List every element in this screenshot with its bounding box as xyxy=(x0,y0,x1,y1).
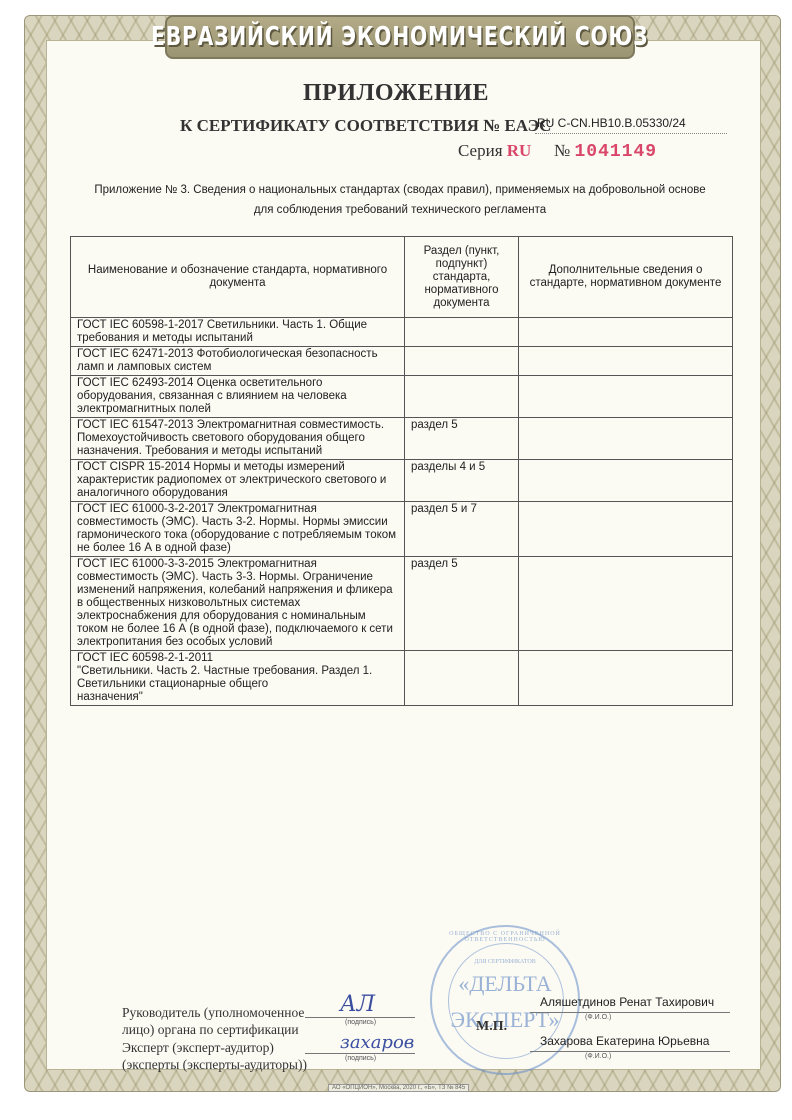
expert-fio-caption: (Ф.И.О.) xyxy=(585,1053,611,1060)
series: Серия RU xyxy=(458,141,531,161)
expert-label-line-2: (эксперты (эксперты-аудиторы)) xyxy=(122,1056,307,1073)
header-standard-name: Наименование и обозначение стандарта, но… xyxy=(71,237,405,318)
table-row: ГОСТ IEC 61000-3-2-2017 Электромагнитная… xyxy=(71,502,733,557)
blank-number-value: 1041149 xyxy=(574,142,657,162)
seal-place-mark: М.П. xyxy=(476,1019,507,1035)
cell-additional-info xyxy=(519,376,733,418)
certificate-number: RU C-CN.НВ10.В.05330/24 xyxy=(537,116,686,130)
cell-standard-name: ГОСТ CISPR 15-2014 Нормы и методы измере… xyxy=(71,460,405,502)
cell-section xyxy=(405,318,519,347)
expert-signature-line xyxy=(305,1053,415,1054)
subtitle-line-1: Приложение № 3. Сведения о национальных … xyxy=(60,180,740,200)
series-value: RU xyxy=(507,141,532,160)
expert-name: Захарова Екатерина Юрьевна xyxy=(540,1034,709,1048)
cell-standard-name: ГОСТ IEC 61000-3-3-2015 Электромагнитная… xyxy=(71,557,405,651)
head-signature: АЛ xyxy=(340,992,375,1017)
cell-section: раздел 5 xyxy=(405,557,519,651)
head-label: Руководитель (уполномоченное лицо) орган… xyxy=(122,1004,304,1038)
expert-label-line-1: Эксперт (эксперт-аудитор) xyxy=(122,1039,307,1056)
expert-name-line xyxy=(530,1051,730,1052)
cell-standard-name: ГОСТ IEC 60598-1-2017 Светильники. Часть… xyxy=(71,318,405,347)
table-header-row: Наименование и обозначение стандарта, но… xyxy=(71,237,733,318)
table-row: ГОСТ CISPR 15-2014 Нормы и методы измере… xyxy=(71,460,733,502)
stamp-ring-text: ОБЩЕСТВО С ОГРАНИЧЕННОЙ ОТВЕТСТВЕННОСТЬЮ xyxy=(432,931,578,943)
cell-standard-name: ГОСТ IEC 62471-2013 Фотобиологическая бе… xyxy=(71,347,405,376)
table-row: ГОСТ IEC 60598-2-1-2011 "Светильники. Ча… xyxy=(71,651,733,706)
union-banner-text: ЕВРАЗИЙСКИЙ ЭКОНОМИЧЕСКИЙ СОЮЗ xyxy=(151,22,648,52)
blank-number: № 1041149 xyxy=(554,141,657,162)
cell-standard-name: ГОСТ IEC 61547-2013 Электромагнитная сов… xyxy=(71,418,405,460)
head-name: Аляшетдинов Ренат Тахирович xyxy=(540,995,714,1009)
expert-label: Эксперт (эксперт-аудитор) (эксперты (экс… xyxy=(122,1039,307,1073)
head-signature-line xyxy=(305,1017,415,1018)
certificate-label: К СЕРТИФИКАТУ СООТВЕТСТВИЯ № ЕАЭС xyxy=(180,116,551,136)
appendix-subtitle: Приложение № 3. Сведения о национальных … xyxy=(60,180,740,220)
cell-section xyxy=(405,376,519,418)
cell-standard-name: ГОСТ IEC 62493-2014 Оценка осветительног… xyxy=(71,376,405,418)
cell-section: раздел 5 xyxy=(405,418,519,460)
table-row: ГОСТ IEC 62471-2013 Фотобиологическая бе… xyxy=(71,347,733,376)
header-additional-info: Дополнительные сведения о стандарте, нор… xyxy=(519,237,733,318)
stamp-name-line-1: «ДЕЛЬТА xyxy=(432,971,578,997)
table-row: ГОСТ IEC 61000-3-3-2015 Электромагнитная… xyxy=(71,557,733,651)
head-label-line-1: Руководитель (уполномоченное xyxy=(122,1004,304,1021)
table-row: ГОСТ IEC 60598-1-2017 Светильники. Часть… xyxy=(71,318,733,347)
series-label: Серия xyxy=(458,141,503,160)
cell-additional-info xyxy=(519,318,733,347)
table-row: ГОСТ IEC 62493-2014 Оценка осветительног… xyxy=(71,376,733,418)
printer-imprint: АО «ОПЦИОН», Москва, 2020 г., «Б», ТЗ № … xyxy=(328,1084,469,1092)
head-label-line-2: лицо) органа по сертификации xyxy=(122,1021,304,1038)
cell-standard-name: ГОСТ IEC 61000-3-2-2017 Электромагнитная… xyxy=(71,502,405,557)
head-name-line xyxy=(530,1012,730,1013)
document-title: ПРИЛОЖЕНИЕ xyxy=(0,80,792,107)
cell-additional-info xyxy=(519,557,733,651)
cell-additional-info xyxy=(519,502,733,557)
expert-signature: захаров xyxy=(340,1032,414,1053)
table-row: ГОСТ IEC 61547-2013 Электромагнитная сов… xyxy=(71,418,733,460)
head-signature-caption: (подпись) xyxy=(345,1019,376,1026)
cell-additional-info xyxy=(519,460,733,502)
cell-standard-name: ГОСТ IEC 60598-2-1-2011 "Светильники. Ча… xyxy=(71,651,405,706)
cell-section: разделы 4 и 5 xyxy=(405,460,519,502)
cell-additional-info xyxy=(519,651,733,706)
cell-section: раздел 5 и 7 xyxy=(405,502,519,557)
cell-section xyxy=(405,651,519,706)
expert-signature-caption: (подпись) xyxy=(345,1055,376,1062)
cell-section xyxy=(405,347,519,376)
head-fio-caption: (Ф.И.О.) xyxy=(585,1014,611,1021)
stamp-inner-text: ДЛЯ СЕРТИФИКАТОВ xyxy=(432,959,578,965)
cell-additional-info xyxy=(519,347,733,376)
standards-table: Наименование и обозначение стандарта, но… xyxy=(70,236,733,706)
header-section: Раздел (пункт, подпункт) стандарта, норм… xyxy=(405,237,519,318)
union-banner: ЕВРАЗИЙСКИЙ ЭКОНОМИЧЕСКИЙ СОЮЗ xyxy=(165,15,635,59)
blank-number-label: № xyxy=(554,141,570,160)
cell-additional-info xyxy=(519,418,733,460)
subtitle-line-2: для соблюдения требований технического р… xyxy=(60,200,740,220)
certificate-number-underline xyxy=(535,133,727,134)
